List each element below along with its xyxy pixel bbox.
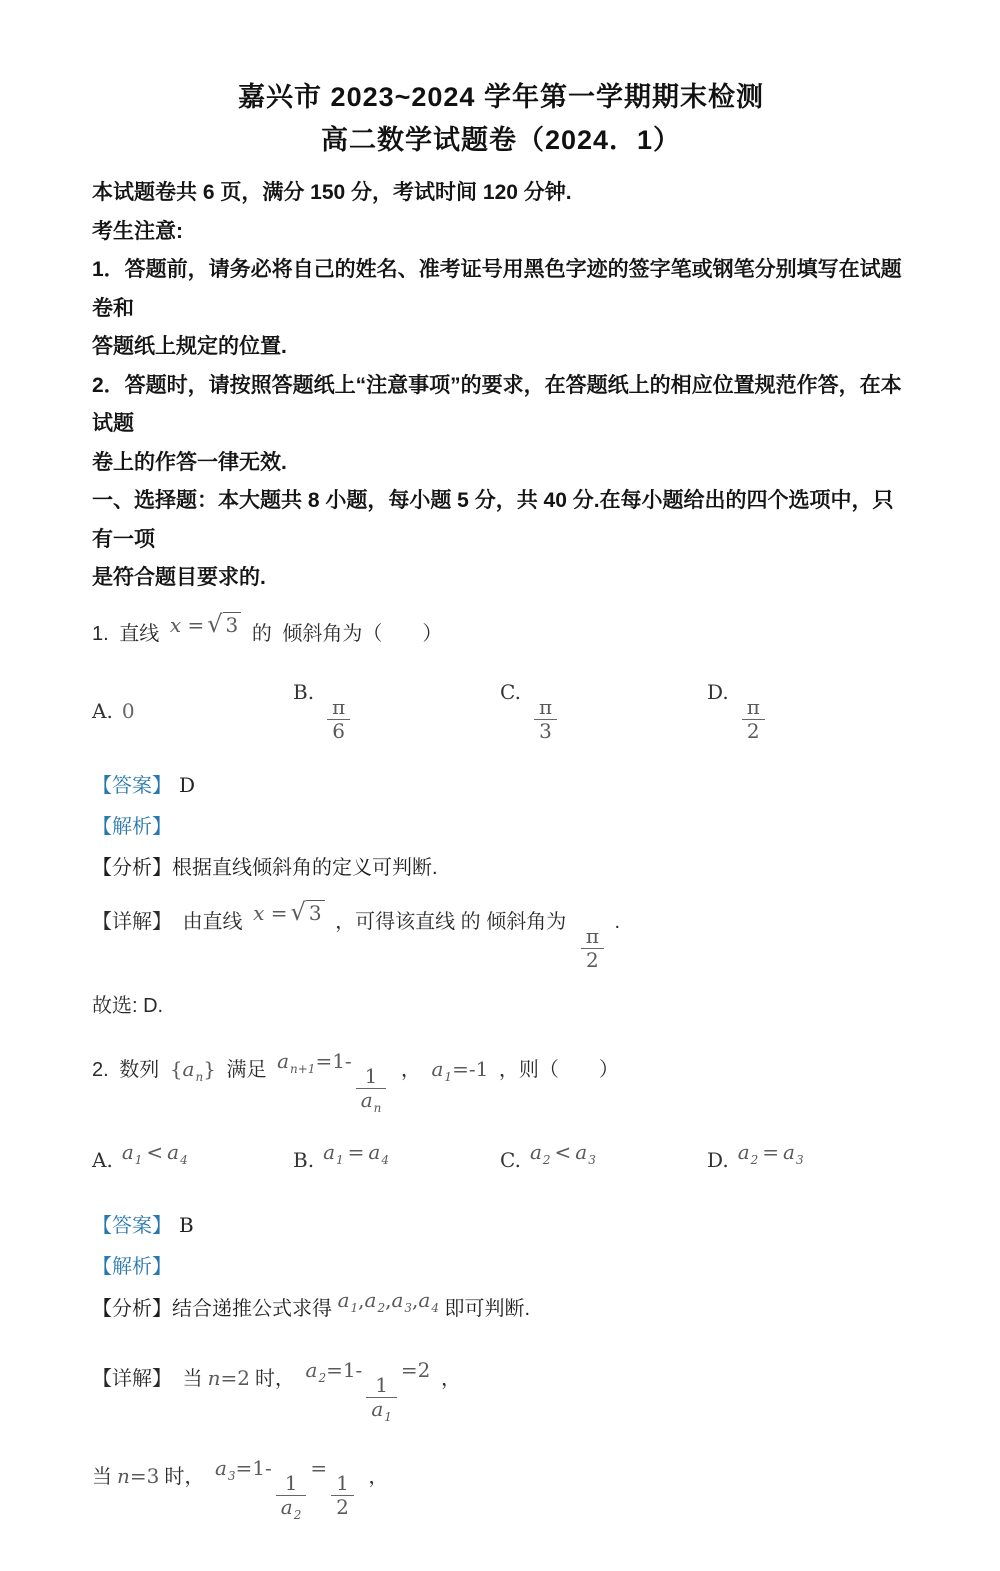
option-d-label: D. <box>707 680 729 704</box>
equals-expression: =3 <box>130 1464 159 1488</box>
exam-document-page: 嘉兴市 2023~2024 学年第一学期期末检测 高二数学试题卷（2024．1）… <box>0 0 1000 1571</box>
question-2-stem: 2. 数列 {an} 满足 an+1=1-1an ， a1=-1 ，则（ ） <box>92 1040 910 1124</box>
detail-1-pre: 当 <box>183 1368 203 1390</box>
subscript: 2 <box>294 1508 302 1522</box>
question-1-jiexi-line: 【解析】 <box>92 809 910 846</box>
question-1-detail-fraction: π2 <box>581 925 604 972</box>
question-2-detail-line-2: 当n=3时， a3=1-1a2=12 ， <box>92 1447 910 1531</box>
detail-1-equation: a2=1-1a1=2 <box>306 1341 431 1425</box>
question-2-option-d: D.a2=a3 <box>707 1148 910 1175</box>
fraction-denominator: 2 <box>581 948 604 972</box>
detail-2-shi: 时， <box>164 1466 204 1488</box>
var-a: a <box>277 1049 289 1073</box>
var-a: a <box>368 1140 380 1164</box>
question-1-option-a: A.0 <box>92 699 293 724</box>
recurrence-fraction: 1an <box>356 1065 387 1116</box>
var-a: a <box>418 1288 430 1312</box>
var-n: n <box>208 1366 221 1390</box>
radicand: 3 <box>306 900 325 925</box>
subscript: 1 <box>135 1153 143 1167</box>
var-a: a <box>183 1057 195 1081</box>
answer-label: 【答案】 <box>92 1215 172 1237</box>
question-1-stem: 1. 直线 x =√3 的 倾斜角为（ ） <box>92 612 910 654</box>
option-c-label: C. <box>500 1148 521 1172</box>
question-2-option-c: C.a2<a3 <box>500 1148 707 1175</box>
question-1-conclusion: 故选: D. <box>92 986 910 1026</box>
subscript: 2 <box>318 1371 326 1385</box>
exam-intro: 本试题卷共 6 页，满分 150 分，考试时间 120 分钟. 考生注意: 1．… <box>92 174 910 598</box>
question-1-equation: x =√3 <box>170 604 241 645</box>
question-2-jiexi-line: 【解析】 <box>92 1249 910 1286</box>
sequence-notation: {an} <box>170 1057 216 1081</box>
var-a: a <box>783 1140 795 1164</box>
answer-label: 【答案】 <box>92 775 172 797</box>
option-b-value: a1=a4 <box>323 1140 389 1167</box>
question-1-option-c: C.π3 <box>500 680 707 743</box>
equals-sign: = <box>310 1456 327 1480</box>
equals-expression: =1- <box>326 1358 362 1382</box>
option-d-fraction: π2 <box>742 696 765 743</box>
question-2-fenxi-line: 【分析】结合递推公式求得 a1,a2,a3,a4 即可判断. <box>92 1290 910 1335</box>
sqrt-sign: √ <box>291 898 306 926</box>
detail-1-fraction: 1a1 <box>366 1374 397 1425</box>
var-a: a <box>323 1140 335 1164</box>
fraction-numerator: π <box>327 696 350 719</box>
jiexi-label: 【解析】 <box>92 1256 172 1278</box>
xiangjie-label: 【详解】 <box>92 911 172 933</box>
fraction-numerator: 1 <box>370 1374 393 1397</box>
detail-2-result-fraction: 12 <box>331 1472 354 1519</box>
detail-2-pre: 当 <box>92 1466 112 1488</box>
question-1-detail-line: 【详解】 由直线 x =√3 ，可得该直线 的 倾斜角为 π2 . <box>92 891 910 972</box>
option-b-fraction: π6 <box>327 696 350 743</box>
fraction-numerator: 1 <box>331 1472 354 1495</box>
equals-expression: =-1 <box>452 1057 488 1081</box>
option-d-value: a2=a3 <box>738 1140 804 1167</box>
question-2-number: 2. <box>92 1059 109 1081</box>
var-a: a <box>361 1088 373 1112</box>
question-1-option-d: D.π2 <box>707 680 910 743</box>
subscript: 1 <box>351 1301 359 1315</box>
var-a: a <box>306 1358 318 1382</box>
fraction-numerator: π <box>581 925 604 948</box>
question-1-option-b: B.π6 <box>293 680 500 743</box>
var-n: n <box>117 1464 130 1488</box>
question-2-option-b: B.a1=a4 <box>293 1148 500 1175</box>
var-a: a <box>215 1456 227 1480</box>
var-x: x <box>253 901 264 925</box>
question-1-detail-equation: x =√3 <box>253 883 324 942</box>
equals-expression: =2 <box>220 1366 249 1390</box>
jiexi-label: 【解析】 <box>92 816 172 838</box>
var-a: a <box>575 1140 587 1164</box>
detail-1-shi: 时， <box>255 1368 295 1390</box>
option-c-value: a2<a3 <box>530 1140 596 1167</box>
subscript: 2 <box>543 1153 551 1167</box>
notice-1-line-1: 1．答题前，请务必将自己的姓名、准考证号用黑色字迹的签字笔或钢笔分别填写在试题卷… <box>92 251 910 328</box>
section-1-heading-line-2: 是符合题目要求的. <box>92 559 910 598</box>
var-a: a <box>122 1140 134 1164</box>
subscript: 2 <box>751 1153 759 1167</box>
question-2-fenxi-pre: 结合递推公式求得 <box>172 1298 332 1320</box>
question-2-answer-value: B <box>179 1213 194 1237</box>
question-2-options: A.a1<a4 B.a1=a4 C.a2<a3 D.a2=a3 <box>92 1139 910 1183</box>
question-1-fenxi-line: 【分析】根据直线倾斜角的定义可判断. <box>92 850 910 887</box>
question-1-detail-period: . <box>615 911 621 933</box>
section-1-heading-line-1: 一、选择题：本大题共 8 小题，每小题 5 分，共 40 分.在每小题给出的四个… <box>92 482 910 559</box>
comma: ， <box>401 1059 421 1081</box>
question-2-text-mid: 满足 <box>227 1059 267 1081</box>
fraction-denominator: 2 <box>331 1495 354 1519</box>
equals-sign: = <box>187 613 204 637</box>
fraction-denominator: 6 <box>327 719 350 743</box>
question-1-text-pre: 直线 <box>119 623 159 645</box>
question-1-number: 1. <box>92 623 109 645</box>
subscript: 4 <box>431 1301 439 1315</box>
subscript: 4 <box>381 1153 389 1167</box>
equals-expression: =1- <box>236 1456 272 1480</box>
subscript: 3 <box>588 1153 596 1167</box>
question-1-answer-line: 【答案】D <box>92 767 910 805</box>
option-a-value: 0 <box>122 699 135 723</box>
question-2-text-pre: 数列 <box>119 1059 159 1081</box>
comma: ， <box>368 1466 388 1488</box>
fraction-denominator: 2 <box>742 719 765 743</box>
subscript: 3 <box>228 1469 236 1483</box>
fraction-numerator: π <box>534 696 557 719</box>
sqrt-sign: √ <box>207 610 222 638</box>
exam-title-line2: 高二数学试题卷（2024．1） <box>92 119 910 162</box>
subscript-n: n <box>374 1101 382 1115</box>
var-x: x <box>170 613 181 637</box>
question-2-text-post: ，则（ ） <box>499 1059 619 1081</box>
n-equals-2: n=2 <box>208 1366 250 1390</box>
subscript: 1 <box>336 1153 344 1167</box>
option-c-label: C. <box>500 680 521 704</box>
subscript: 1 <box>384 1410 392 1424</box>
question-1-text-mid: 的 <box>252 623 272 645</box>
var-a: a <box>338 1288 350 1312</box>
var-a: a <box>281 1495 293 1519</box>
subscript: 2 <box>377 1301 385 1315</box>
recurrence-formula: an+1=1-1an <box>277 1032 390 1116</box>
subscript-n-plus-1: n+1 <box>290 1062 315 1076</box>
detail-2-equation: a3=1-1a2=12 <box>215 1439 358 1523</box>
option-a-value: a1<a4 <box>122 1140 188 1167</box>
notice-2-line-2: 卷上的作答一律无效. <box>92 444 910 483</box>
brace-close: } <box>203 1057 216 1081</box>
question-2-fenxi-post: 即可判断. <box>445 1298 531 1320</box>
var-a: a <box>738 1140 750 1164</box>
question-1-detail-pre: 由直线 <box>183 911 243 933</box>
question-2-detail-line-1: 【详解】 当n=2时， a2=1-1a1=2 ， <box>92 1349 910 1433</box>
comma: ， <box>441 1368 461 1390</box>
option-d-label: D. <box>707 1148 729 1172</box>
comparison-operator: < <box>555 1140 572 1164</box>
n-equals-3: n=3 <box>117 1464 159 1488</box>
option-a-label: A. <box>92 1148 113 1172</box>
var-a: a <box>391 1288 403 1312</box>
option-c-fraction: π3 <box>534 696 557 743</box>
subscript: 3 <box>796 1153 804 1167</box>
subscript: 3 <box>404 1301 412 1315</box>
question-1-options: A.0 B.π6 C.π3 D.π2 <box>92 680 910 743</box>
comparison-operator: < <box>146 1140 163 1164</box>
question-2-option-a: A.a1<a4 <box>92 1148 293 1175</box>
fraction-numerator: 1 <box>360 1065 383 1088</box>
xiangjie-label: 【详解】 <box>92 1368 172 1390</box>
exam-title-line1: 嘉兴市 2023~2024 学年第一学期期末检测 <box>92 76 910 119</box>
question-1-answer-value: D <box>179 773 195 797</box>
option-a-label: A. <box>92 699 113 723</box>
notice-title: 考生注意: <box>92 213 910 252</box>
fraction-numerator: π <box>742 696 765 719</box>
initial-condition: a1=-1 <box>431 1057 488 1081</box>
subscript-1: 1 <box>444 1070 452 1084</box>
fraction-denominator: an <box>356 1088 387 1116</box>
question-1-detail-mid: ，可得该直线 的 倾斜角为 <box>335 911 566 933</box>
radicand: 3 <box>223 612 242 637</box>
fraction-denominator: a1 <box>366 1397 397 1425</box>
comparison-operator: = <box>348 1140 365 1164</box>
detail-2-fraction: 1a2 <box>276 1472 307 1523</box>
comparison-operator: = <box>762 1140 779 1164</box>
var-a: a <box>431 1057 443 1081</box>
fenxi-label: 【分析】 <box>92 1298 172 1320</box>
question-2-fenxi-terms: a1,a2,a3,a4 <box>338 1282 439 1327</box>
exam-meta: 本试题卷共 6 页，满分 150 分，考试时间 120 分钟. <box>92 174 910 213</box>
notice-2-line-1: 2．答题时，请按照答题纸上“注意事项”的要求，在答题纸上的相应位置规范作答，在本… <box>92 367 910 444</box>
option-b-label: B. <box>293 1148 314 1172</box>
equals-result: =2 <box>401 1358 430 1382</box>
fraction-denominator: 3 <box>534 719 557 743</box>
subscript: 4 <box>180 1153 188 1167</box>
question-1-text-post: 倾斜角为（ ） <box>282 623 442 645</box>
equals-expression: =1- <box>315 1049 351 1073</box>
equals-sign: = <box>271 901 288 925</box>
var-a: a <box>371 1397 383 1421</box>
question-2-answer-line: 【答案】B <box>92 1207 910 1245</box>
fraction-denominator: a2 <box>276 1495 307 1523</box>
brace-open: { <box>170 1057 183 1081</box>
var-a: a <box>365 1288 377 1312</box>
fraction-numerator: 1 <box>280 1472 303 1495</box>
var-a: a <box>167 1140 179 1164</box>
option-b-label: B. <box>293 680 314 704</box>
var-a: a <box>530 1140 542 1164</box>
notice-1-line-2: 答题纸上规定的位置. <box>92 328 910 367</box>
question-1-fenxi-text: 根据直线倾斜角的定义可判断. <box>172 857 438 879</box>
fenxi-label: 【分析】 <box>92 857 172 879</box>
